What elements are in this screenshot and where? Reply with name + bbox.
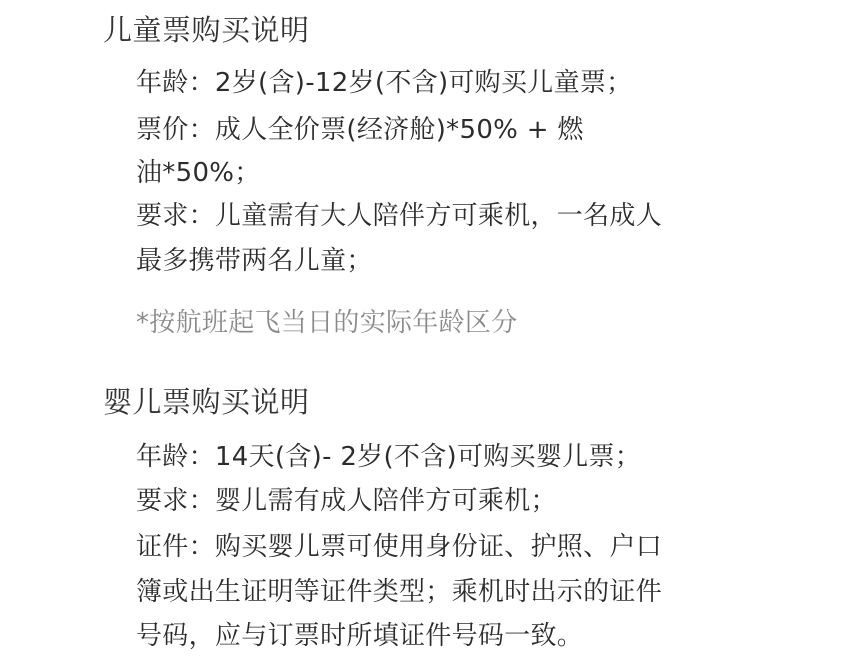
- child-price-line: 票价：成人全价票(经济舱)*50% + 燃: [136, 113, 584, 147]
- infant-document-line-2: 簿或出生证明等证件类型；乘机时出示的证件: [136, 575, 662, 609]
- infant-document-line-3: 号码，应与订票时所填证件号码一致。: [136, 619, 583, 653]
- child-age-line: 年龄：2岁(含)-12岁(不含)可购买儿童票；: [136, 66, 632, 100]
- child-requirement-line: 要求：儿童需有大人陪伴方可乘机，一名成人: [136, 199, 662, 233]
- child-price-line-cont: 油*50%；: [136, 156, 261, 190]
- infant-ticket-title: 婴儿票购买说明: [103, 384, 310, 420]
- child-age-note: *按航班起飞当日的实际年龄区分: [136, 306, 518, 340]
- child-ticket-title: 儿童票购买说明: [103, 12, 310, 48]
- infant-requirement-line: 要求：婴儿需有成人陪伴方可乘机；: [136, 484, 557, 518]
- infant-age-line: 年龄：14天(含)- 2岁(不含)可购买婴儿票；: [136, 440, 641, 474]
- child-requirement-line-cont: 最多携带两名儿童；: [136, 244, 373, 278]
- infant-document-line: 证件：购买婴儿票可使用身份证、护照、户口: [136, 530, 662, 564]
